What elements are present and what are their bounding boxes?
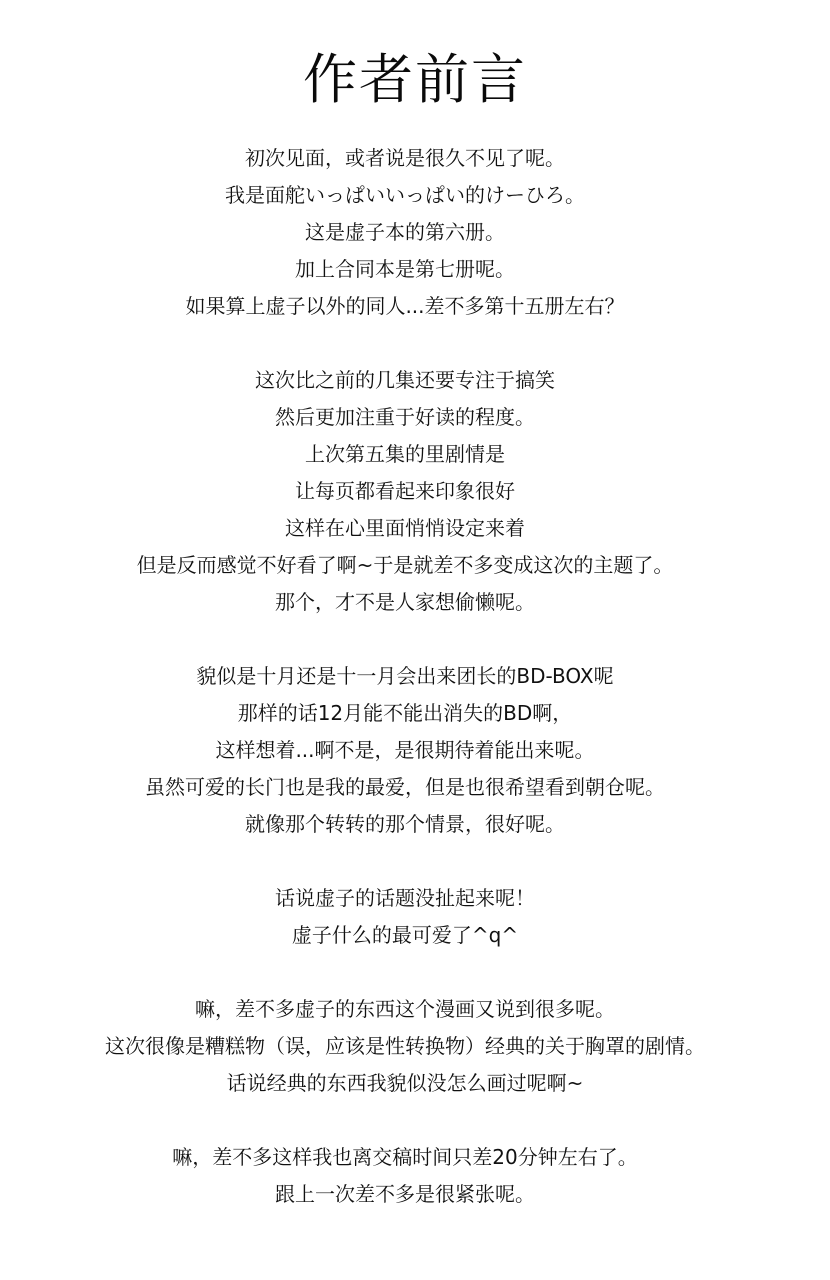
text-line: 跟上一次差不多是很紧张呢。 bbox=[0, 1181, 810, 1207]
text-line: 就像那个转转的那个情景，很好呢。 bbox=[0, 811, 810, 837]
text-line: 话说虚子的话题没扯起来呢！ bbox=[0, 885, 810, 911]
document-page: 作者前言 初次见面，或者说是很久不见了呢。 我是面舵いっぱいいっぱい的けーひろ。… bbox=[0, 0, 830, 1280]
page-title: 作者前言 bbox=[0, 48, 830, 112]
text-line: 加上合同本是第七册呢。 bbox=[0, 256, 810, 282]
text-line: 我是面舵いっぱいいっぱい的けーひろ。 bbox=[0, 182, 810, 208]
text-line: 这是虚子本的第六册。 bbox=[0, 219, 810, 245]
text-line: 然后更加注重于好读的程度。 bbox=[0, 404, 810, 430]
text-line: 虽然可爱的长门也是我的最爱，但是也很希望看到朝仓呢。 bbox=[0, 774, 810, 800]
text-line: 嘛，差不多虚子的东西这个漫画又说到很多呢。 bbox=[0, 996, 810, 1022]
text-line: 初次见面，或者说是很久不见了呢。 bbox=[0, 145, 810, 171]
text-line: 话说经典的东西我貌似没怎么画过呢啊~ bbox=[0, 1070, 810, 1096]
text-line: 但是反而感觉不好看了啊~于是就差不多变成这次的主题了。 bbox=[0, 552, 810, 578]
text-line: 如果算上虚子以外的同人...差不多第十五册左右？ bbox=[0, 293, 810, 319]
text-line: 嘛，差不多这样我也离交稿时间只差20分钟左右了。 bbox=[0, 1144, 810, 1170]
text-line: 上次第五集的里剧情是 bbox=[0, 441, 810, 467]
text-line: 这样在心里面悄悄设定来着 bbox=[0, 515, 810, 541]
text-line: 那个，才不是人家想偷懒呢。 bbox=[0, 589, 810, 615]
text-line: 那样的话12月能不能出消失的BD啊， bbox=[0, 700, 810, 726]
text-line: 貌似是十月还是十一月会出来团长的BD-BOX呢 bbox=[0, 663, 810, 689]
text-line: 这次很像是糟糕物（误，应该是性转换物）经典的关于胸罩的剧情。 bbox=[0, 1033, 810, 1059]
text-line: 虚子什么的最可爱了^q^ bbox=[0, 922, 810, 948]
text-line: 这样想着...啊不是，是很期待着能出来呢。 bbox=[0, 737, 810, 763]
text-line: 让每页都看起来印象很好 bbox=[0, 478, 810, 504]
text-line: 这次比之前的几集还要专注于搞笑 bbox=[0, 367, 810, 393]
